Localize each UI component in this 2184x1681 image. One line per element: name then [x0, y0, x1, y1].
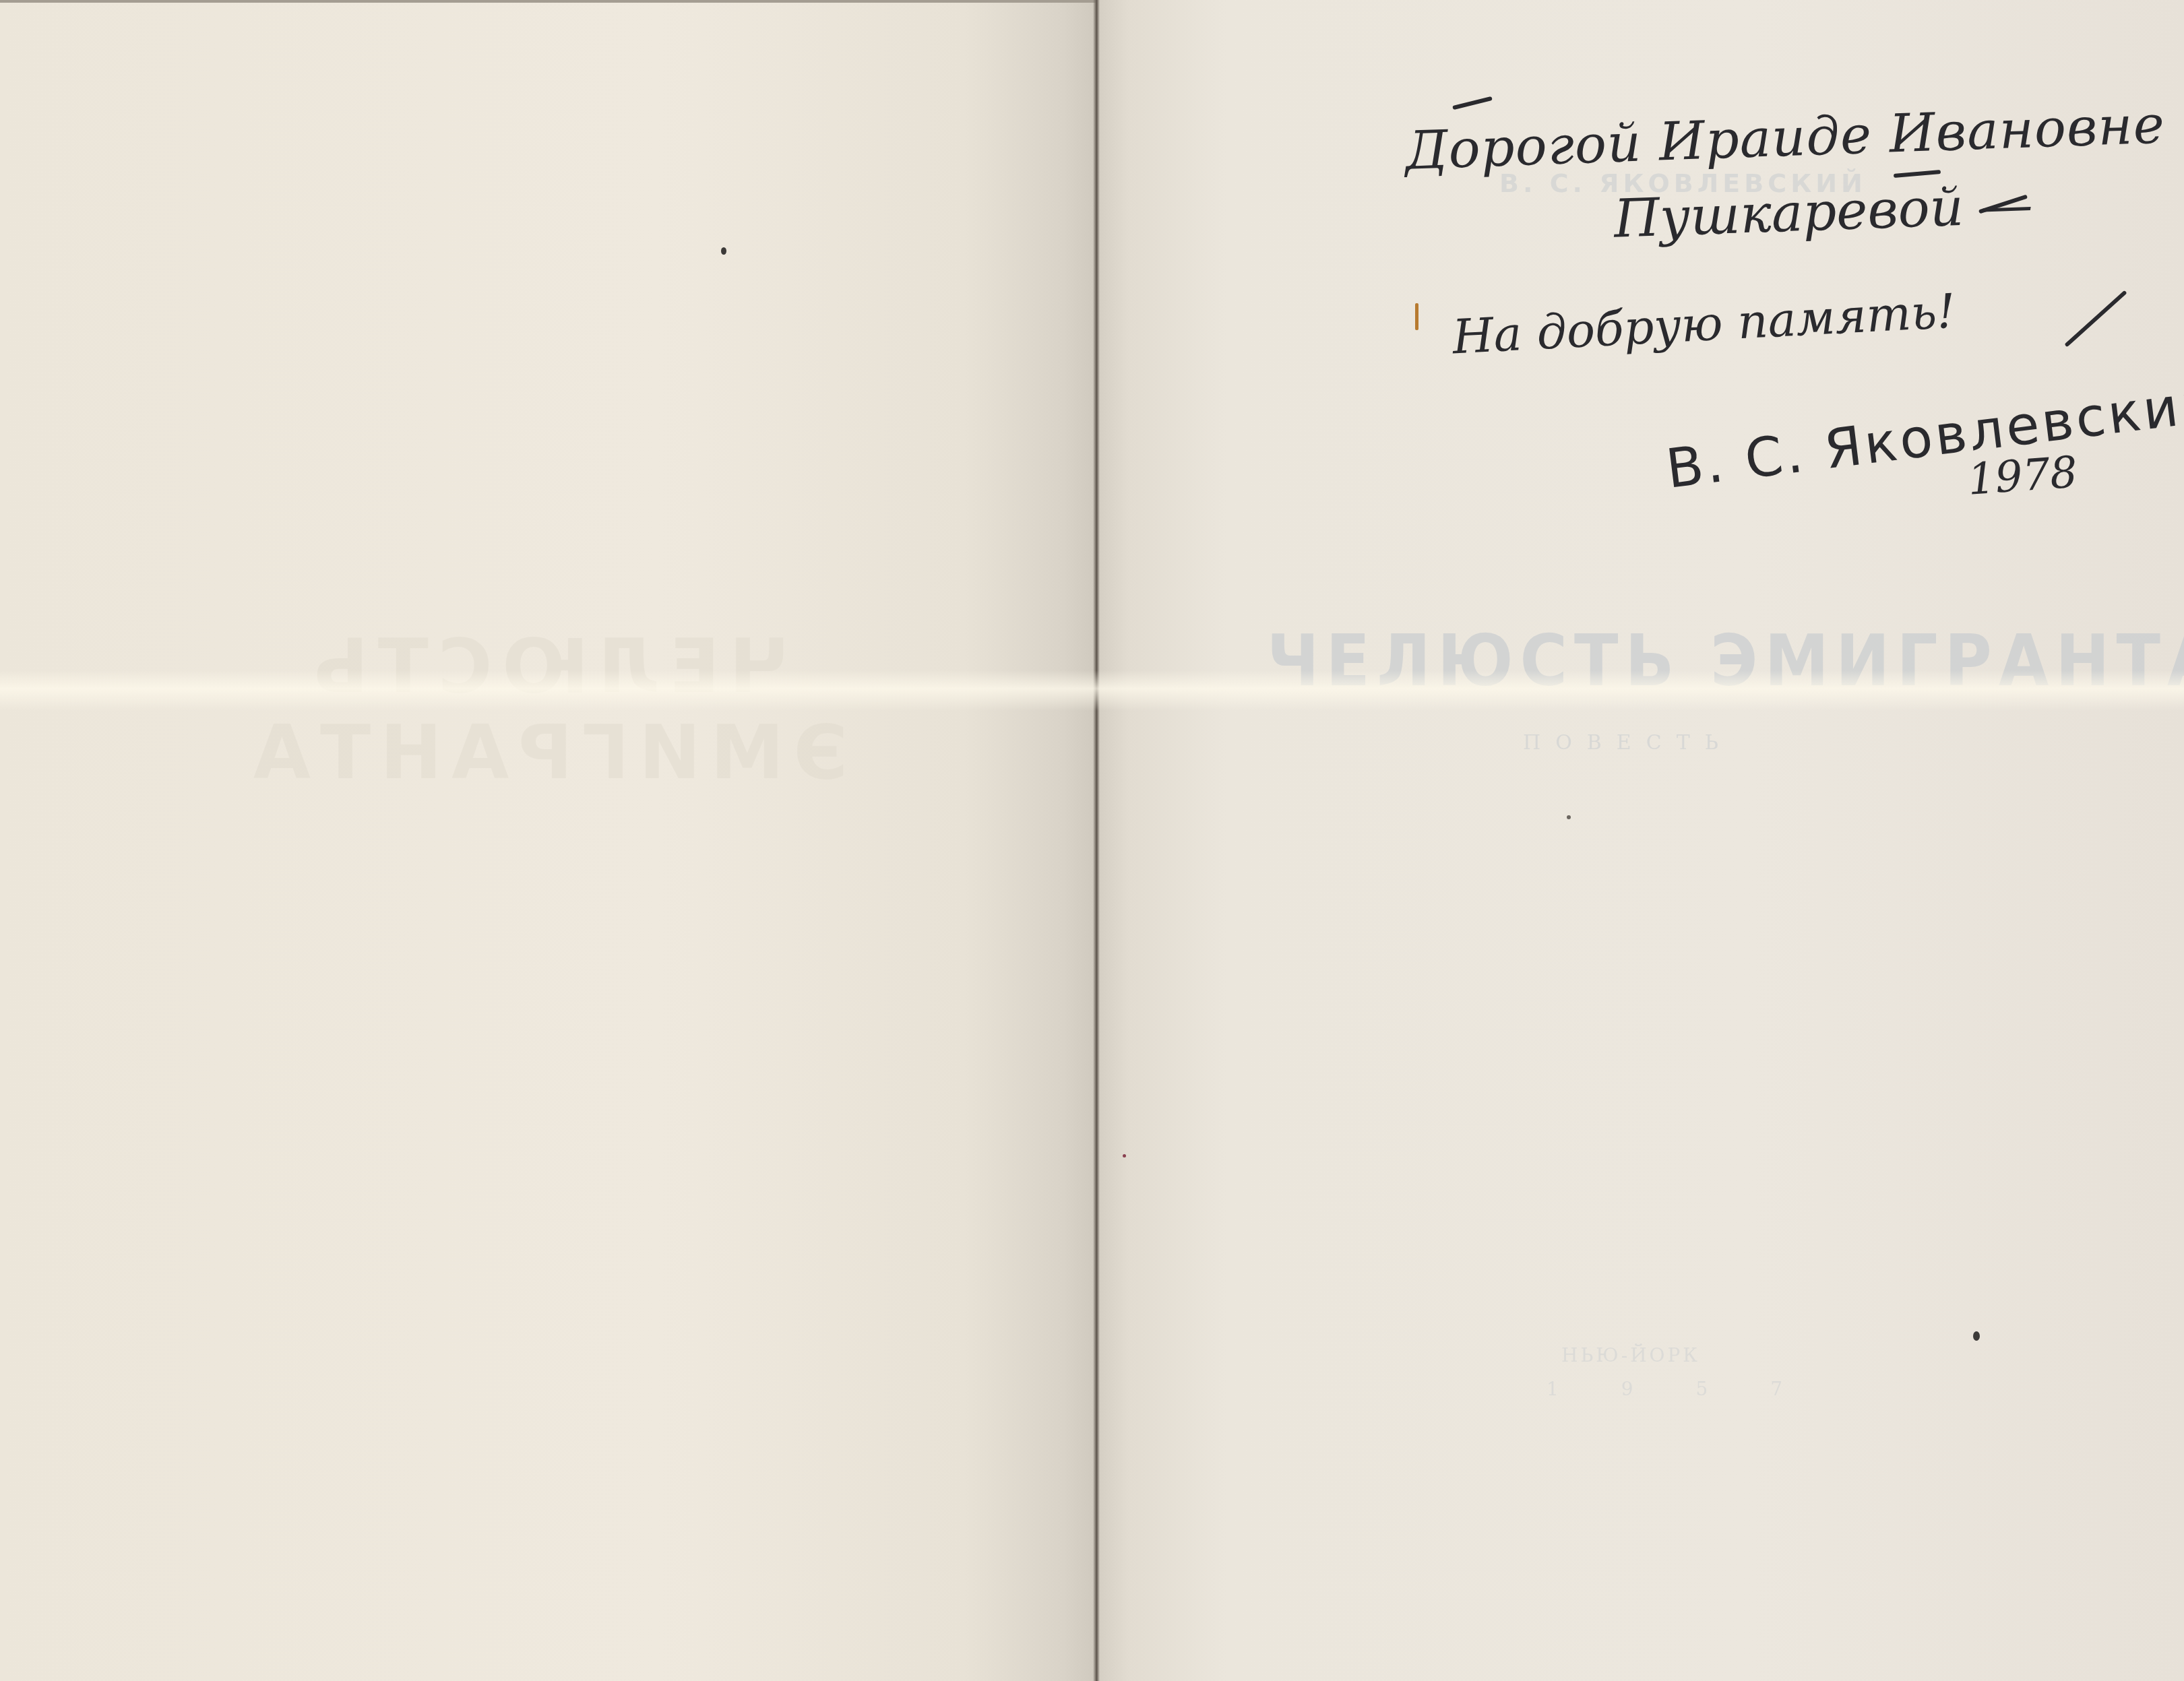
- left-page: ЧЕЛЮСТЬ ЭМИГРАНТА: [0, 0, 1096, 1681]
- printed-title: ЧЕЛЮСТЬ ЭМИГРАНТА: [1267, 619, 1981, 702]
- orange-mark: [1415, 303, 1418, 330]
- book-gutter: [1093, 0, 1100, 1681]
- ink-speck: [1567, 815, 1571, 819]
- right-page-title-page: [1096, 0, 2184, 1681]
- inscription-date: 1978: [1966, 447, 2080, 505]
- ink-speck: [1123, 1154, 1126, 1157]
- ink-speck: [721, 247, 726, 255]
- page-top-edge: [0, 0, 1096, 3]
- printed-publication-year: 1 9 5 7: [1547, 1378, 1715, 1400]
- ghost-show-through-text: ЧЕЛЮСТЬ ЭМИГРАНТА: [40, 623, 1051, 792]
- ink-speck: [1973, 1331, 1980, 1341]
- printed-genre: ПОВЕСТЬ: [1523, 731, 1718, 755]
- printed-publisher-city: НЬЮ-ЙОРК: [1543, 1344, 1718, 1366]
